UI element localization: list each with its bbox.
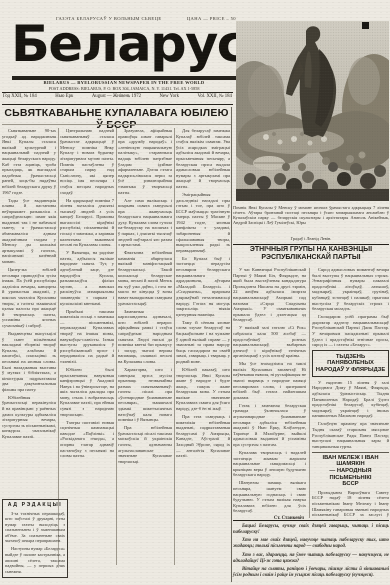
appeal-line: Вітайце на сьвяты, раніцою і ўвечары, пі… [233, 567, 389, 579]
body-paragraph: Юбілею былі прысьвечаныя навуковыя канфэ… [60, 367, 114, 417]
body-paragraph: Тэатры паставілі новыя сцэнічныя кампазы… [60, 420, 114, 459]
body-paragraph: Для беларусаў замежжа Купалаў юбілей так… [176, 128, 230, 190]
appeal-line: Хто з вас, здараецца, ня ўмее чытаць паб… [233, 553, 389, 565]
dateline-city-by: Нью Ёрк [55, 94, 73, 99]
melezh-headline-line1: ІВАН МЕЛЕЖ І ІВАН ШАМЯКІН [312, 455, 389, 468]
body-paragraph: Пра гэта сьведчаць і шматлікія юбілейныя… [176, 414, 230, 459]
melezh-headline-line2: — НАРОДНЫЯ ПІСЬМЕНЬНІКІ [312, 468, 389, 481]
column-divider [309, 268, 310, 518]
dateline-volume-en: Vol. XXII, № 184 [197, 94, 231, 99]
appeal-rule [233, 520, 389, 521]
registration-mark [362, 22, 369, 29]
editorial-paragraph: З-за тэхнічных перашкодаў, што паўсталі … [5, 511, 65, 545]
section-divider [231, 107, 232, 582]
dateline-city-en: New York [160, 94, 179, 99]
body-paragraph: Фактычна юбілейная кампанія абярнулася в… [118, 250, 172, 306]
editorial-box: АД РЭДАКЦЫІ З-за тэхнічных перашкодаў, ш… [2, 499, 68, 578]
kupala-monument-photo [236, 21, 389, 201]
melezh-headline-line3: БССР [312, 481, 389, 488]
convention-headline-line2: РЭСПУБЛІКАНСКАЙ ПАРТЫІ [233, 254, 389, 262]
appeal-line: Хто ня мае сваіх дзяцей, навучэце чытаць… [233, 538, 389, 550]
body-paragraph: Характэрна, што і савецкая прэса мусіла … [118, 367, 172, 423]
body-paragraph: Сьвяткаваньне 90-ых угодкаў ад нараджэнь… [2, 128, 56, 195]
convention-headline: ЭТНІЧНЫЯ ГРУПЫ НА КАНВЭНЦЫІ РЭСПУБЛІКАНС… [233, 246, 389, 262]
article-column-1: Сьвяткаваньне 90-ых угодкаў ад нараджэнь… [2, 128, 56, 496]
body-paragraph: У нядзелю 15 ліпеня ў залі Народнага Дом… [312, 380, 389, 419]
body-paragraph: Цэнтральнаю падзеяй сьвяткаваньняў стала… [60, 128, 114, 195]
body-paragraph: Пра юбілейныя ўрачыстасьці пісалі таксам… [118, 425, 172, 464]
dateline-rule-top [2, 92, 233, 93]
body-paragraph: Шануючы памяць вялікага песьняра, шануем… [233, 480, 306, 514]
body-paragraph: У вялікай залі гатэлю «Сі Рок» сабралася… [233, 325, 306, 359]
caption-rule [233, 244, 389, 245]
dateline-date: August — Жнівень 1972 [92, 94, 141, 99]
body-paragraph: Зразумела, афіцыйныя прамоўцы шмат гавар… [118, 128, 172, 195]
body-paragraph: Прэзыдыюм Вярхоўнага Савету БССР надаў 1… [312, 490, 389, 520]
column-divider [174, 128, 175, 565]
body-paragraph: Цяпер-жа юбілей песьняра праводзіўся зус… [2, 267, 56, 329]
body-paragraph: Таму й сёньня ягонае слова злучае белару… [176, 320, 230, 365]
body-paragraph: Сярод адмысловых момантаў вечара былі вы… [312, 267, 389, 312]
article-signature: Ст. Станкевіч [233, 516, 306, 519]
newspaper-title: Беларус [11, 15, 246, 73]
newspaper-page: ГАЗЭТА БЕЛАРУСАЎ У ВОЛЬНЫМ СЬВЕЦЕ ЦАНА —… [0, 0, 390, 585]
body-paragraph: Гаспадаром усёй праграмы быў дырэктар ад… [312, 314, 389, 348]
body-paragraph: На адкрыцьцё помніка 7 ліпеня зьехаліся … [60, 198, 114, 248]
appeal-block: Бацькі Беларусы, вучэце сваіх дзяцей гав… [233, 524, 389, 582]
masthead-address: POST ADDRESS: BIELARUS, P. O. BOX 304, J… [12, 86, 236, 91]
editorial-paragraph: Наступны нумар «Беларуса» выйдзе ў палов… [5, 546, 65, 574]
body-paragraph: Тады ўсе выдавецкія пляны й пастановы не… [2, 198, 56, 265]
body-paragraph: У час Канвэнцыі Рэспубліканскай Партыі ў… [233, 267, 306, 323]
body-paragraph: Замежныя карэспандэнты адзначалі, што юб… [118, 309, 172, 365]
headline-rule [2, 124, 231, 125]
masthead-subtitle-en: BIELARUS — BYELORUSSIAN NEWSPAPER IN THE… [12, 80, 236, 85]
photo-caption: Помнік Янкі Купалы ў Менску ў момант яго… [233, 205, 389, 225]
column-divider [116, 128, 117, 565]
article-column-4: Для беларусаў замежжа Купалаў юбілей так… [176, 128, 230, 565]
body-paragraph: У Вязынцы, на радзіме паэты, адбылося вя… [60, 250, 114, 306]
body-paragraph: Галоўную прамову пра значэньне Тыдня ска… [312, 421, 389, 449]
body-paragraph: Прыбылі таксама шматлікія госьці з замеж… [60, 309, 114, 365]
editorial-box-title: АД РЭДАКЦЫІ [5, 502, 65, 508]
body-paragraph: Выдавецтвы выпусьцілі ў сьвет мільённымі… [2, 331, 56, 393]
article-column-2: Цэнтральнаю падзеяй сьвяткаваньняў стала… [60, 128, 114, 565]
body-paragraph: Мы ўсе знаходзімся на зямлі вялікіх Купа… [233, 361, 306, 400]
body-paragraph: Юбілей паказаў, што творчасьць Янкі Купа… [176, 367, 230, 412]
appeal-line: Бацькі Беларусы, вучэце сваіх дзяцей гав… [233, 524, 389, 536]
article-column-3: Зразумела, афіцыйныя прамоўцы шмат гавар… [118, 128, 172, 565]
dateline: Год XXII, № 184 Нью Ёрк August — Жнівень… [3, 94, 232, 99]
florida-headline-box: ТЫДЗЕНЬ ПАНЯВОЛЕНЫХ НАРОДАЎ У ФЛЯРЫДЗЕ [312, 350, 389, 377]
florida-headline-line2: НАРОДАЎ У ФЛЯРЫДЗЕ [314, 367, 387, 374]
body-paragraph: Гэтак і замежная беларуская грамада ўклю… [233, 403, 306, 448]
body-paragraph: Купалава творчасьць і надалей застаецца … [233, 450, 306, 478]
right-column-left: У час Канвэнцыі Рэспубліканскай Партыі ў… [233, 267, 306, 519]
article-divider [312, 452, 389, 453]
photo-caption-last-line: Градаў і Леанід Левін. [233, 236, 389, 241]
body-paragraph: Але сама вялікасьць і шырыня сьвята сьве… [118, 198, 172, 248]
masthead-rule [12, 76, 236, 80]
body-paragraph: Бо Купала быў і застаецца перадусім песь… [176, 256, 230, 318]
dateline-rule-bottom [2, 104, 233, 105]
body-paragraph: Юбілейныя ўрачыстасьці перакінуліся й на… [2, 395, 56, 440]
right-column-right: Сярод адмысловых момантаў вечара былі вы… [312, 267, 389, 520]
body-paragraph: Эміграцыйныя дасьледнікі нагадалі пры гэ… [176, 192, 230, 254]
convention-headline-line1: ЭТНІЧНЫЯ ГРУПЫ НА КАНВЭНЦЫІ [233, 246, 389, 254]
dateline-volume-by: Год XXII, № 184 [3, 94, 37, 99]
florida-headline-line1: ТЫДЗЕНЬ ПАНЯВОЛЕНЫХ [314, 354, 387, 367]
